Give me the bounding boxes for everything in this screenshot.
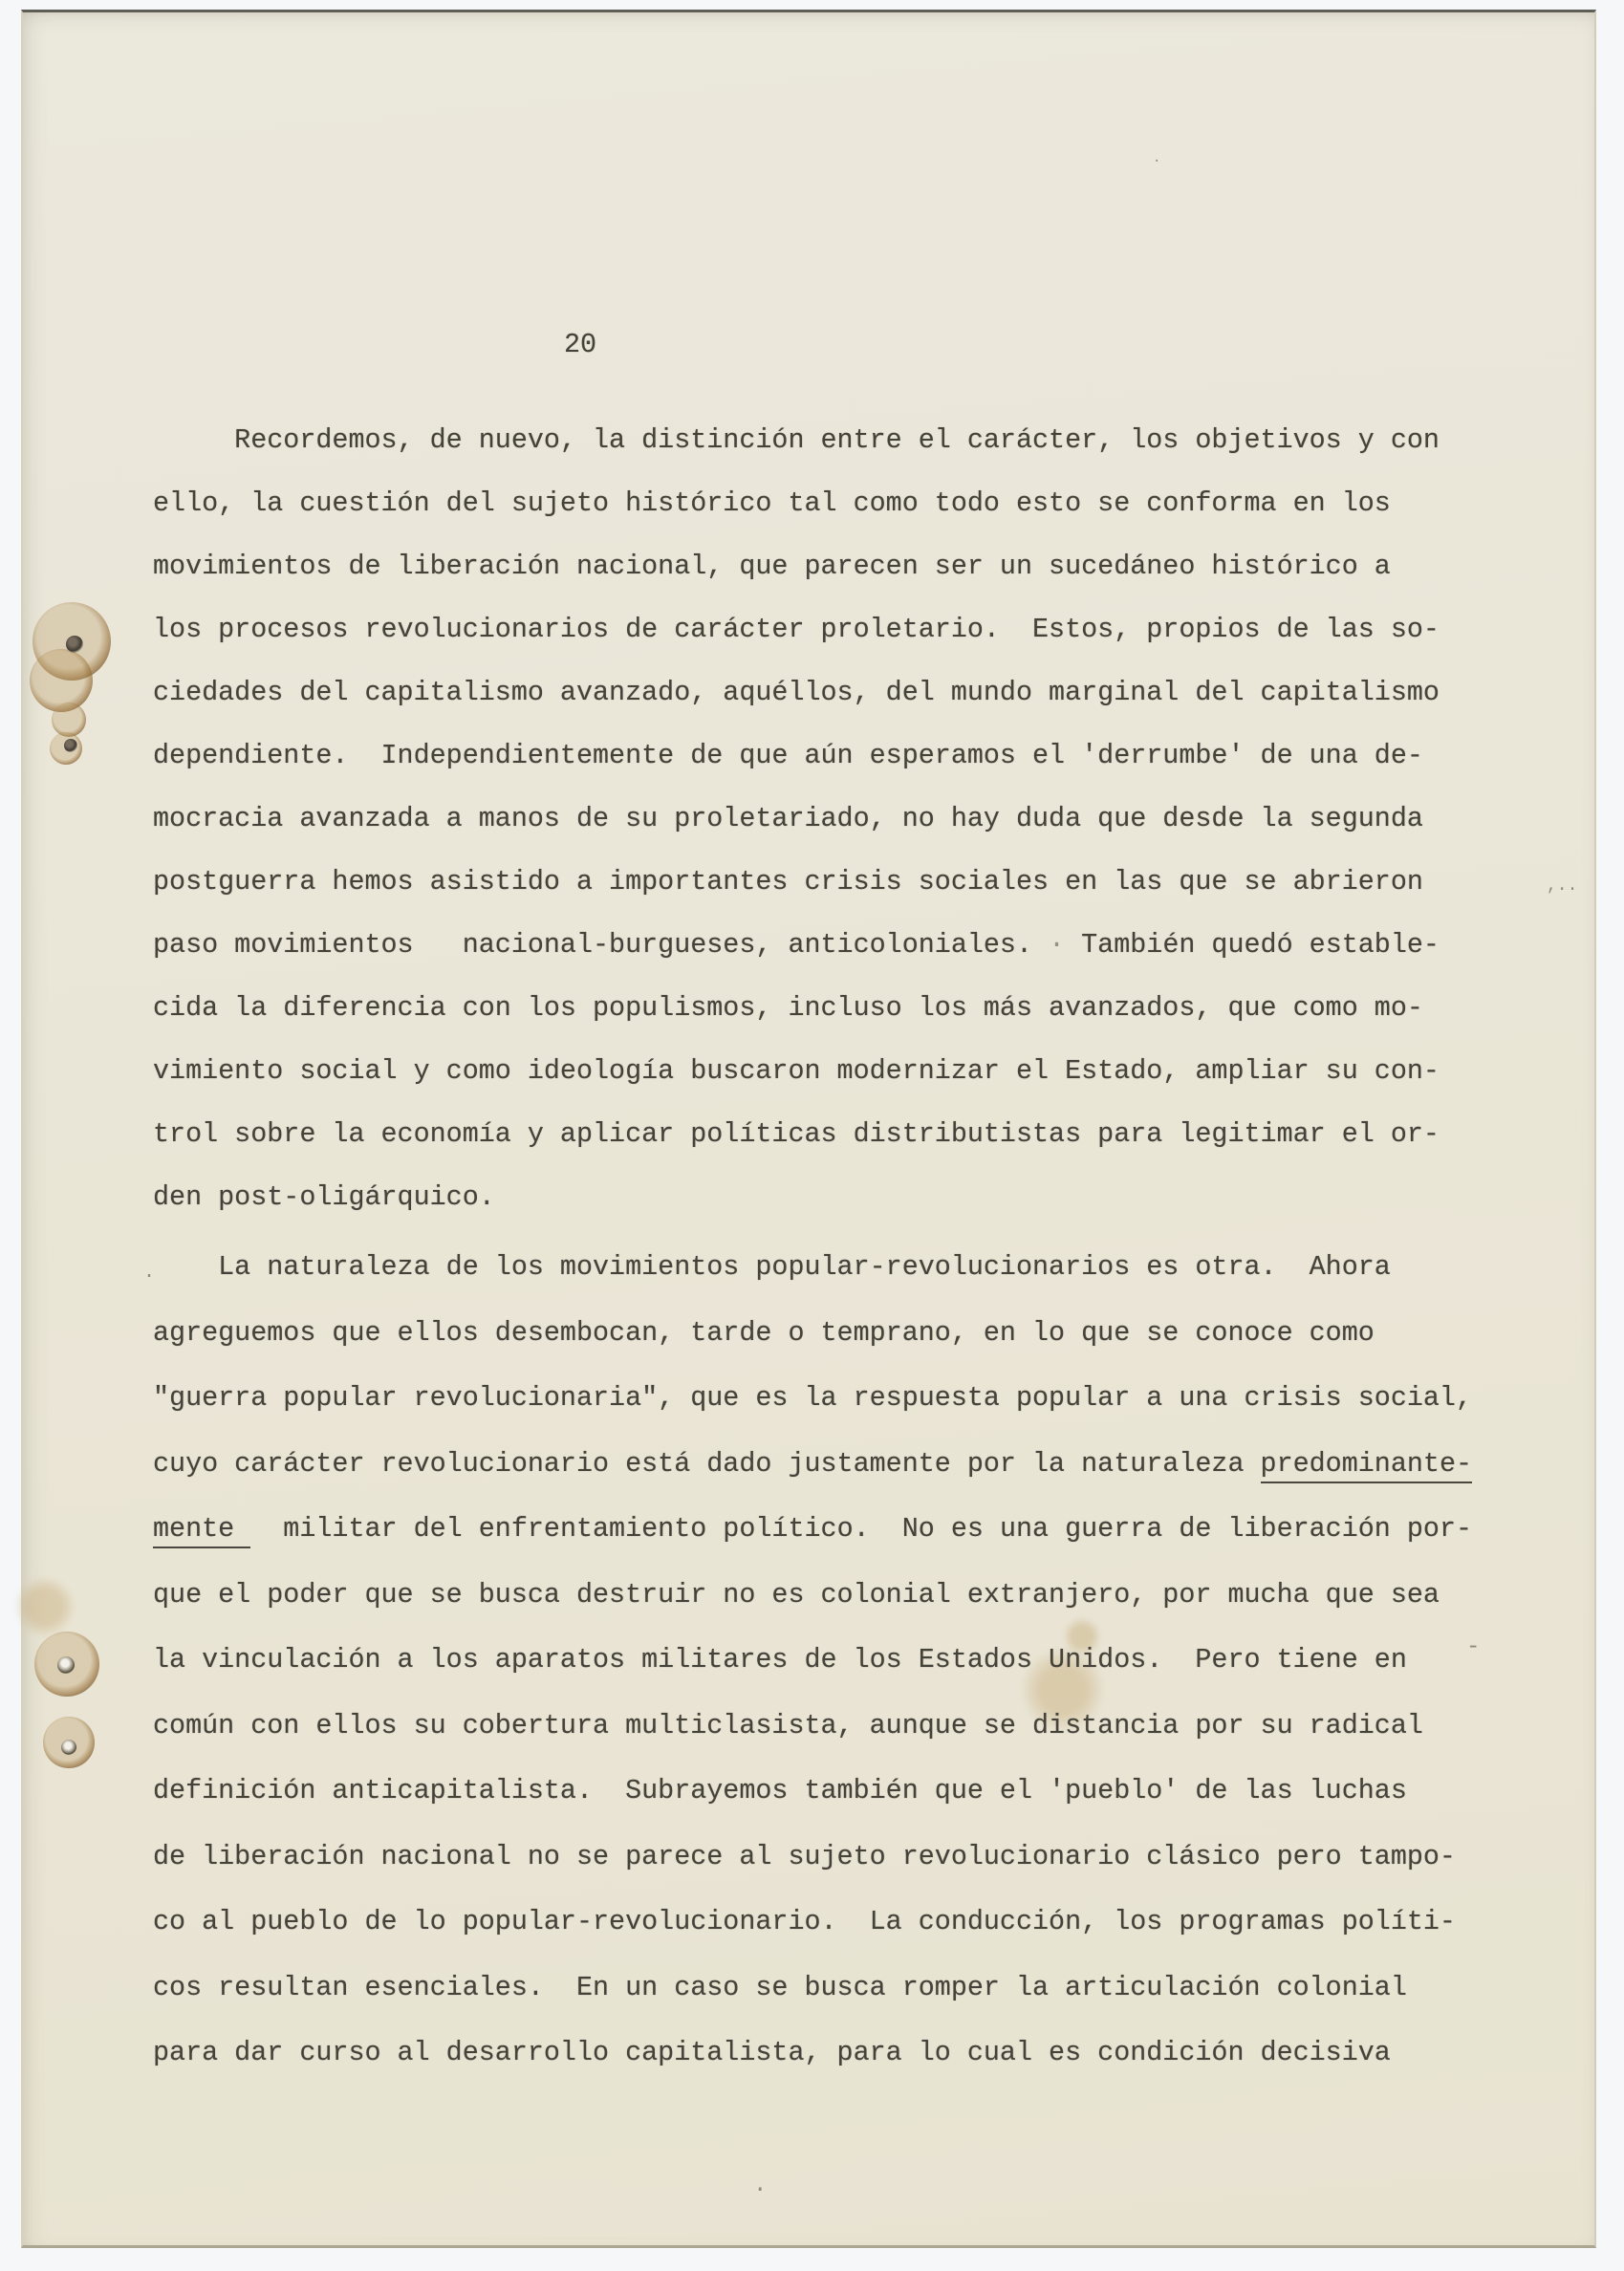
text-segment: den post-oligárquico.	[153, 1181, 495, 1213]
text-segment: que el poder que se busca destruir no es…	[153, 1579, 1440, 1611]
paper-stain	[66, 636, 83, 653]
text-line: ciedades del capitalismo avanzado, aquél…	[153, 661, 1472, 725]
raised-dash-mark: -	[1466, 1636, 1480, 1659]
text-segment: También quedó estable-	[1065, 929, 1440, 961]
text-segment: de liberación nacional no se parece al s…	[153, 1841, 1456, 1872]
text-line: mente militar del enfrentamiento polític…	[153, 1497, 1472, 1563]
text-line: la vinculación a los aparatos militares …	[153, 1628, 1472, 1694]
text-segment: Recordemos, de nuevo, la distinción entr…	[153, 424, 1440, 456]
text-segment: cida la diferencia con los populismos, i…	[153, 992, 1423, 1024]
text-segment: "guerra popular revolucionaria", que es …	[153, 1382, 1472, 1414]
text-line: definición anticapitalista. Subrayemos t…	[153, 1759, 1472, 1825]
text-line: dependiente. Independientemente de que a…	[153, 725, 1472, 788]
text-segment: dependiente. Independientemente de que a…	[153, 740, 1423, 771]
text-segment: vimiento social y como ideología buscaro…	[153, 1055, 1440, 1087]
text-line: La naturaleza de los movimientos popular…	[153, 1235, 1472, 1301]
text-line: trol sobre la economía y aplicar polític…	[153, 1103, 1472, 1166]
text-line: vimiento social y como ideología buscaro…	[153, 1040, 1472, 1103]
scanned-document-page: 20 Recordemos, de nuevo, la distinción e…	[0, 0, 1624, 2271]
text-segment: los procesos revolucionarios de carácter…	[153, 614, 1440, 645]
text-segment: mocracia avanzada a manos de su proletar…	[153, 803, 1423, 834]
text-block: Recordemos, de nuevo, la distinción entr…	[153, 409, 1472, 2087]
paragraph-1: Recordemos, de nuevo, la distinción entr…	[153, 409, 1472, 1229]
text-line: los procesos revolucionarios de carácter…	[153, 598, 1472, 661]
underlined-text-segment: mente	[153, 1513, 250, 1548]
staple-rust-dot	[61, 1740, 76, 1755]
text-segment: agreguemos que ellos desembocan, tarde o…	[153, 1317, 1375, 1349]
text-segment: cuyo carácter revolucionario está dado j…	[153, 1448, 1261, 1480]
pencil-mark-right-margin: ,..	[1547, 877, 1577, 895]
stray-dot-left-margin: ·	[143, 1267, 155, 1287]
text-segment: cos resultan esenciales. En un caso se b…	[153, 1972, 1407, 2003]
paper-stain	[14, 1576, 76, 1637]
text-segment: la vinculación a los aparatos militares …	[153, 1644, 1407, 1676]
text-segment: común con ellos su cobertura multiclasis…	[153, 1710, 1423, 1741]
paper-stain	[30, 649, 93, 712]
text-line: mocracia avanzada a manos de su proletar…	[153, 788, 1472, 851]
text-line: cuyo carácter revolucionario está dado j…	[153, 1432, 1472, 1498]
text-line: "guerra popular revolucionaria", que es …	[153, 1366, 1472, 1432]
text-segment: postguerra hemos asistido a importantes …	[153, 866, 1423, 898]
text-segment: militar del enfrentamiento político. No …	[250, 1513, 1472, 1545]
text-line: cida la diferencia con los populismos, i…	[153, 977, 1472, 1040]
text-line: de liberación nacional no se parece al s…	[153, 1825, 1472, 1891]
text-line: cos resultan esenciales. En un caso se b…	[153, 1956, 1472, 2022]
text-segment: definición anticapitalista. Subrayemos t…	[153, 1775, 1407, 1806]
text-line: agreguemos que ellos desembocan, tarde o…	[153, 1301, 1472, 1367]
speck-top: ·	[1153, 155, 1160, 168]
text-line: den post-oligárquico.	[153, 1166, 1472, 1229]
text-segment: paso movimientos nacional-burgueses, ant…	[153, 929, 1049, 961]
underlined-text-segment: predominante-	[1261, 1448, 1472, 1483]
text-segment: co al pueblo de lo popular-revolucionari…	[153, 1906, 1456, 1937]
text-line: que el poder que se busca destruir no es…	[153, 1563, 1472, 1629]
text-segment: movimientos de liberación nacional, que …	[153, 551, 1391, 582]
page-number: 20	[564, 329, 596, 360]
text-line: postguerra hemos asistido a importantes …	[153, 851, 1472, 914]
text-segment: ello, la cuestión del sujeto histórico t…	[153, 487, 1391, 519]
text-line: co al pueblo de lo popular-revolucionari…	[153, 1890, 1472, 1956]
text-segment: trol sobre la economía y aplicar polític…	[153, 1118, 1440, 1150]
paragraph-2: La naturaleza de los movimientos popular…	[153, 1235, 1472, 2087]
text-line: Recordemos, de nuevo, la distinción entr…	[153, 409, 1472, 472]
staple-rust-dot	[57, 1656, 75, 1674]
stray-dot-bottom: ·	[753, 2179, 767, 2202]
text-segment: La naturaleza de los movimientos popular…	[153, 1251, 1391, 1283]
text-line: ello, la cuestión del sujeto histórico t…	[153, 472, 1472, 535]
text-segment: ·	[1049, 929, 1065, 961]
text-line: movimientos de liberación nacional, que …	[153, 535, 1472, 598]
paper-stain	[64, 739, 77, 752]
text-line: común con ellos su cobertura multiclasis…	[153, 1694, 1472, 1760]
text-segment: ciedades del capitalismo avanzado, aquél…	[153, 677, 1440, 708]
text-line: para dar curso al desarrollo capitalista…	[153, 2021, 1472, 2087]
text-line: paso movimientos nacional-burgueses, ant…	[153, 914, 1472, 977]
text-segment: para dar curso al desarrollo capitalista…	[153, 2037, 1391, 2068]
